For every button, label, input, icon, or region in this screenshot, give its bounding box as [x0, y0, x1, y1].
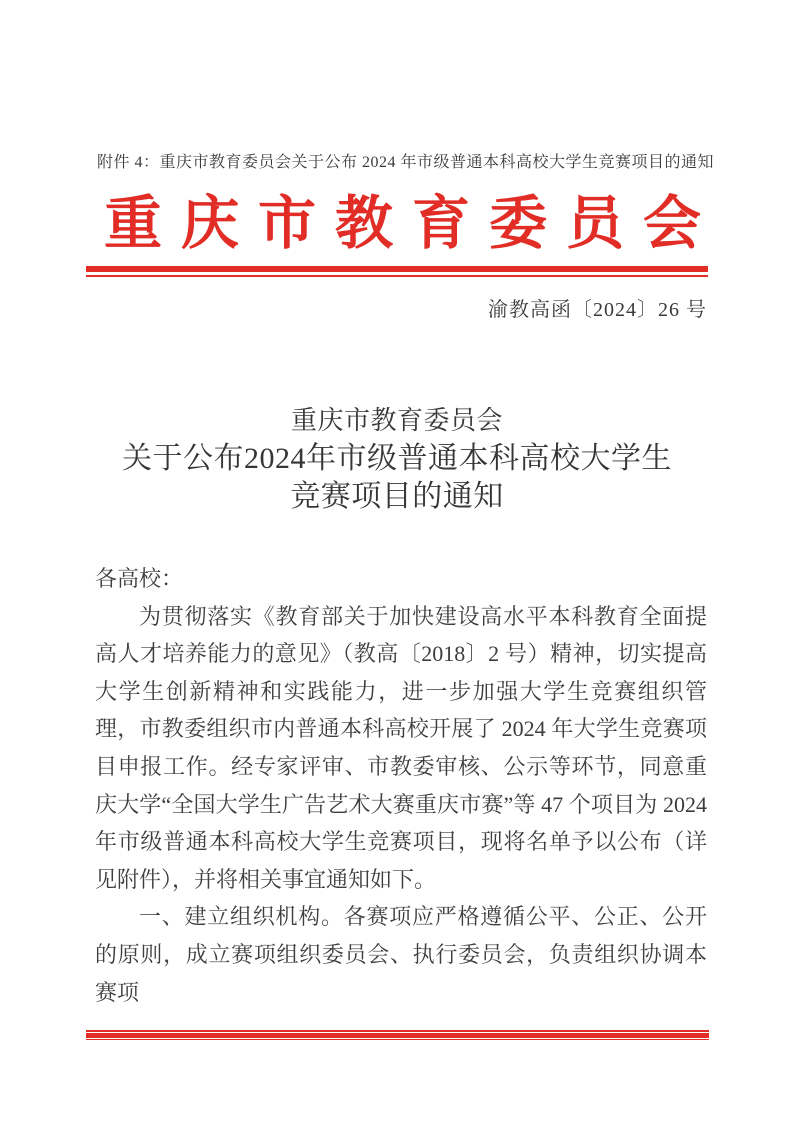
document-page: 附件 4：重庆市教育委员会关于公布 2024 年市级普通本科高校大学生竞赛项目的…: [0, 0, 794, 1123]
document-title-line-3: 竞赛项目的通知: [0, 478, 794, 516]
footer-divider-bottom-line: [86, 1039, 709, 1041]
body-paragraph-2: 一、建立组织机构。各赛项应严格遵循公平、公正、公开的原则，成立赛项组织委员会、执…: [95, 898, 707, 1011]
document-title-line-2: 关于公布2024年市级普通本科高校大学生: [0, 440, 794, 478]
document-title-line-1: 重庆市教育委员会: [0, 402, 794, 440]
letterhead-divider-thin-line: [86, 275, 708, 277]
letterhead-org-name: 重庆市教育委员会: [85, 189, 709, 259]
attachment-note: 附件 4：重庆市教育委员会关于公布 2024 年市级普通本科高校大学生竞赛项目的…: [97, 149, 709, 172]
letterhead-divider: [86, 266, 708, 277]
footer-divider: [86, 1030, 709, 1040]
document-title: 重庆市教育委员会 关于公布2024年市级普通本科高校大学生 竞赛项目的通知: [0, 402, 794, 516]
document-number: 渝教高函〔2024〕26 号: [0, 293, 707, 322]
document-body: 各高校： 为贯彻落实《教育部关于加快建设高水平本科教育全面提高人才培养能力的意见…: [95, 560, 707, 1011]
body-paragraph-1: 为贯彻落实《教育部关于加快建设高水平本科教育全面提高人才培养能力的意见》（教高〔…: [95, 598, 707, 899]
salutation: 各高校：: [95, 560, 707, 598]
